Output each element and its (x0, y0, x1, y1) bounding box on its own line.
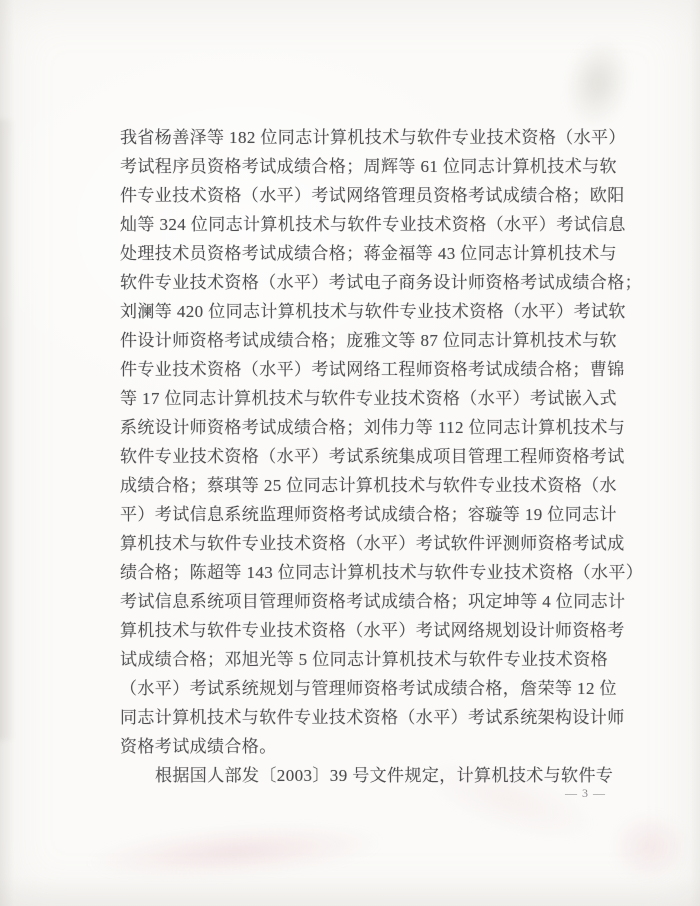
text-line: （水平）考试系统规划与管理师资格考试成绩合格，詹荣等 12 位 (120, 674, 598, 703)
text-line: 软件专业技术资格（水平）考试系统集成项目管理工程师资格考试 (120, 442, 598, 471)
scan-smudge-pink (89, 818, 382, 886)
text-line: 同志计算机技术与软件专业技术资格（水平）考试系统架构设计师 (120, 703, 598, 732)
page-number: — 3 — (548, 786, 606, 801)
text-line: 资格考试成绩合格。 (120, 732, 598, 761)
text-line: 件设计师资格考试成绩合格；庞雅文等 87 位同志计算机技术与软 (120, 326, 598, 355)
text-line: 刘澜等 420 位同志计算机技术与软件专业技术资格（水平）考试软 (120, 297, 598, 326)
text-line: 考试程序员资格考试成绩合格；周辉等 61 位同志计算机技术与软 (120, 152, 598, 181)
text-line: 根据国人部发〔2003〕39 号文件规定，计算机技术与软件专 (120, 761, 598, 790)
scanned-document-page: 我省杨善泽等 182 位同志计算机技术与软件专业技术资格（水平）考试程序员资格考… (0, 0, 700, 906)
text-line: 软件专业技术资格（水平）考试电子商务设计师资格考试成绩合格； (120, 268, 598, 297)
text-line: 灿等 324 位同志计算机技术与软件专业技术资格（水平）考试信息 (120, 210, 598, 239)
text-line: 算机技术与软件专业技术资格（水平）考试软件评测师资格考试成 (120, 529, 598, 558)
scan-edge-shadow (0, 120, 20, 740)
text-line: 系统设计师资格考试成绩合格；刘伟力等 112 位同志计算机技术与 (120, 413, 598, 442)
text-line: 等 17 位同志计算机技术与软件专业技术资格（水平）考试嵌入式 (120, 384, 598, 413)
document-body-text: 我省杨善泽等 182 位同志计算机技术与软件专业技术资格（水平）考试程序员资格考… (120, 123, 598, 790)
text-line: 绩合格；陈超等 143 位同志计算机技术与软件专业技术资格（水平） (120, 558, 598, 587)
text-line: 算机技术与软件专业技术资格（水平）考试网络规划设计师资格考 (120, 616, 598, 645)
text-line: 成绩合格；蔡琪等 25 位同志计算机技术与软件专业技术资格（水 (120, 471, 598, 500)
text-line: 我省杨善泽等 182 位同志计算机技术与软件专业技术资格（水平） (120, 123, 598, 152)
scan-smudge-gray (557, 32, 638, 133)
text-line: 件专业技术资格（水平）考试网络工程师资格考试成绩合格；曹锦 (120, 355, 598, 384)
text-line: 处理技术员资格考试成绩合格；蒋金福等 43 位同志计算机技术与 (120, 239, 598, 268)
text-line: 件专业技术资格（水平）考试网络管理员资格考试成绩合格；欧阳 (120, 181, 598, 210)
text-line: 平）考试信息系统监理师资格考试成绩合格；容璇等 19 位同志计 (120, 500, 598, 529)
text-line: 考试信息系统项目管理师资格考试成绩合格；巩定坤等 4 位同志计 (120, 587, 598, 616)
text-line: 试成绩合格；邓旭光等 5 位同志计算机技术与软件专业技术资格 (120, 645, 598, 674)
scan-smudge-pink (610, 812, 690, 882)
